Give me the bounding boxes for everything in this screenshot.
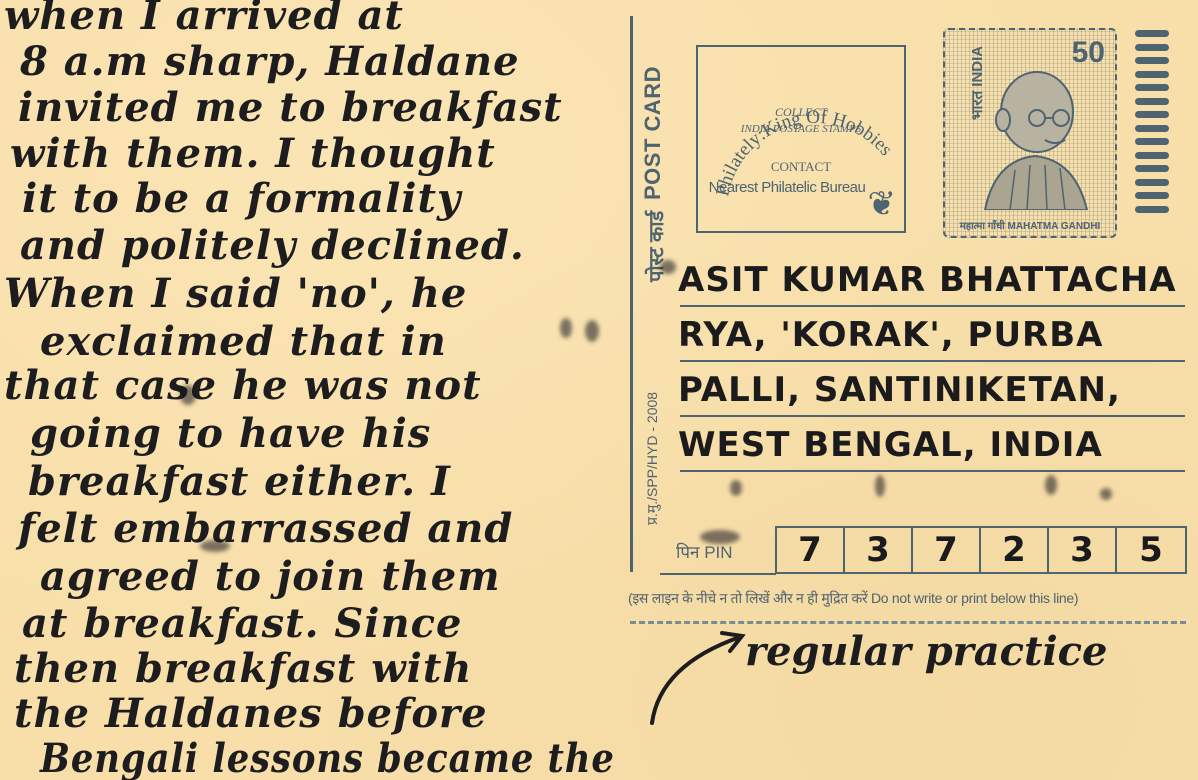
philately-box: Philately:King Of Hobbies COLLECT INDIA … — [696, 45, 906, 233]
pin-digit-cell: 5 — [1117, 528, 1185, 572]
message-line: it to be a formality — [22, 175, 461, 222]
message-line: when I arrived at — [4, 0, 404, 39]
message-line: felt embarrassed and — [18, 505, 513, 552]
address-text-2: RYA, 'KORAK', PURBA — [678, 315, 1103, 355]
pin-digit-cell: 3 — [845, 528, 913, 572]
indicia-bar — [1135, 57, 1169, 64]
indicia-bar — [1135, 206, 1169, 213]
pin-digit-cell: 7 — [777, 528, 845, 572]
message-line: When I said 'no', he — [4, 270, 467, 317]
message-line: exclaimed that in — [40, 318, 447, 365]
curved-arrow-icon — [630, 625, 760, 725]
indicia-bar — [1135, 111, 1169, 118]
philatelic-bureau-text: Nearest Philatelic Bureau — [684, 179, 890, 196]
indicia-bar — [1135, 84, 1169, 91]
message-line: agreed to join them — [40, 553, 501, 600]
dashed-line — [630, 621, 1186, 624]
pin-digit-cell: 3 — [1049, 528, 1117, 572]
do-not-write-notice: (इस लाइन के नीचे न तो लिखें और न ही मुद्… — [628, 589, 1078, 608]
address-line — [680, 470, 1185, 472]
message-line: that case he was not — [4, 362, 482, 409]
indicia-bars — [1135, 30, 1169, 219]
message-line: invited me to breakfast — [18, 84, 563, 131]
print-code: प्र.मु./SPP/HYD - 2008 — [643, 392, 662, 525]
indicia-bar — [1135, 165, 1169, 172]
message-line: and politely declined. — [20, 222, 525, 269]
flower-sprig-icon: ❦ — [868, 187, 897, 221]
message-line: 8 a.m sharp, Haldane — [20, 38, 520, 85]
collect-text: COLLECT — [698, 105, 904, 120]
message-line: Bengali lessons became the — [40, 735, 615, 780]
address-line — [680, 305, 1185, 307]
indicia-bar — [1135, 125, 1169, 132]
message-line: at breakfast. Since — [22, 600, 462, 647]
message-line: breakfast either. I — [28, 458, 451, 505]
address-text-4: WEST BENGAL, INDIA — [678, 425, 1103, 465]
vertical-divider — [630, 16, 633, 572]
continuation-note: regular practice — [745, 628, 1107, 675]
indicia-bar — [1135, 179, 1169, 186]
indicia-bar — [1135, 44, 1169, 51]
message-line: the Haldanes before — [14, 690, 488, 737]
indicia-bar — [1135, 152, 1169, 159]
gandhi-portrait-icon — [975, 60, 1095, 210]
address-text-3: PALLI, SANTINIKETAN, — [678, 370, 1121, 410]
address-line — [680, 360, 1185, 362]
postcard: when I arrived at8 a.m sharp, Haldaneinv… — [0, 0, 1198, 780]
message-line: going to have his — [30, 410, 431, 457]
indicia-bar — [1135, 30, 1169, 37]
pin-code-box: 737235 — [775, 526, 1187, 574]
stamp-caption: महात्मा गाँधी MAHATMA GANDHI — [945, 218, 1115, 232]
address-text-1: ASIT KUMAR BHATTACHA — [678, 260, 1177, 300]
pin-baseline — [660, 573, 776, 575]
indicia-bar — [1135, 138, 1169, 145]
message-line: then breakfast with — [14, 645, 472, 692]
india-postage-stamps-text: INDIA POSTAGE STAMPS — [698, 123, 904, 135]
post-card-label: POST CARD — [640, 66, 666, 200]
indicia-bar — [1135, 192, 1169, 199]
pin-digit-cell: 7 — [913, 528, 981, 572]
message-line: with them. I thought — [10, 130, 496, 177]
address-line — [680, 415, 1185, 417]
contact-text: CONTACT — [698, 159, 904, 175]
indicia-bar — [1135, 98, 1169, 105]
postage-stamp: 50 भारत INDIA महात्मा गाँधी MAHATMA GAND… — [943, 28, 1117, 238]
indicia-bar — [1135, 71, 1169, 78]
pin-digit-cell: 2 — [981, 528, 1049, 572]
